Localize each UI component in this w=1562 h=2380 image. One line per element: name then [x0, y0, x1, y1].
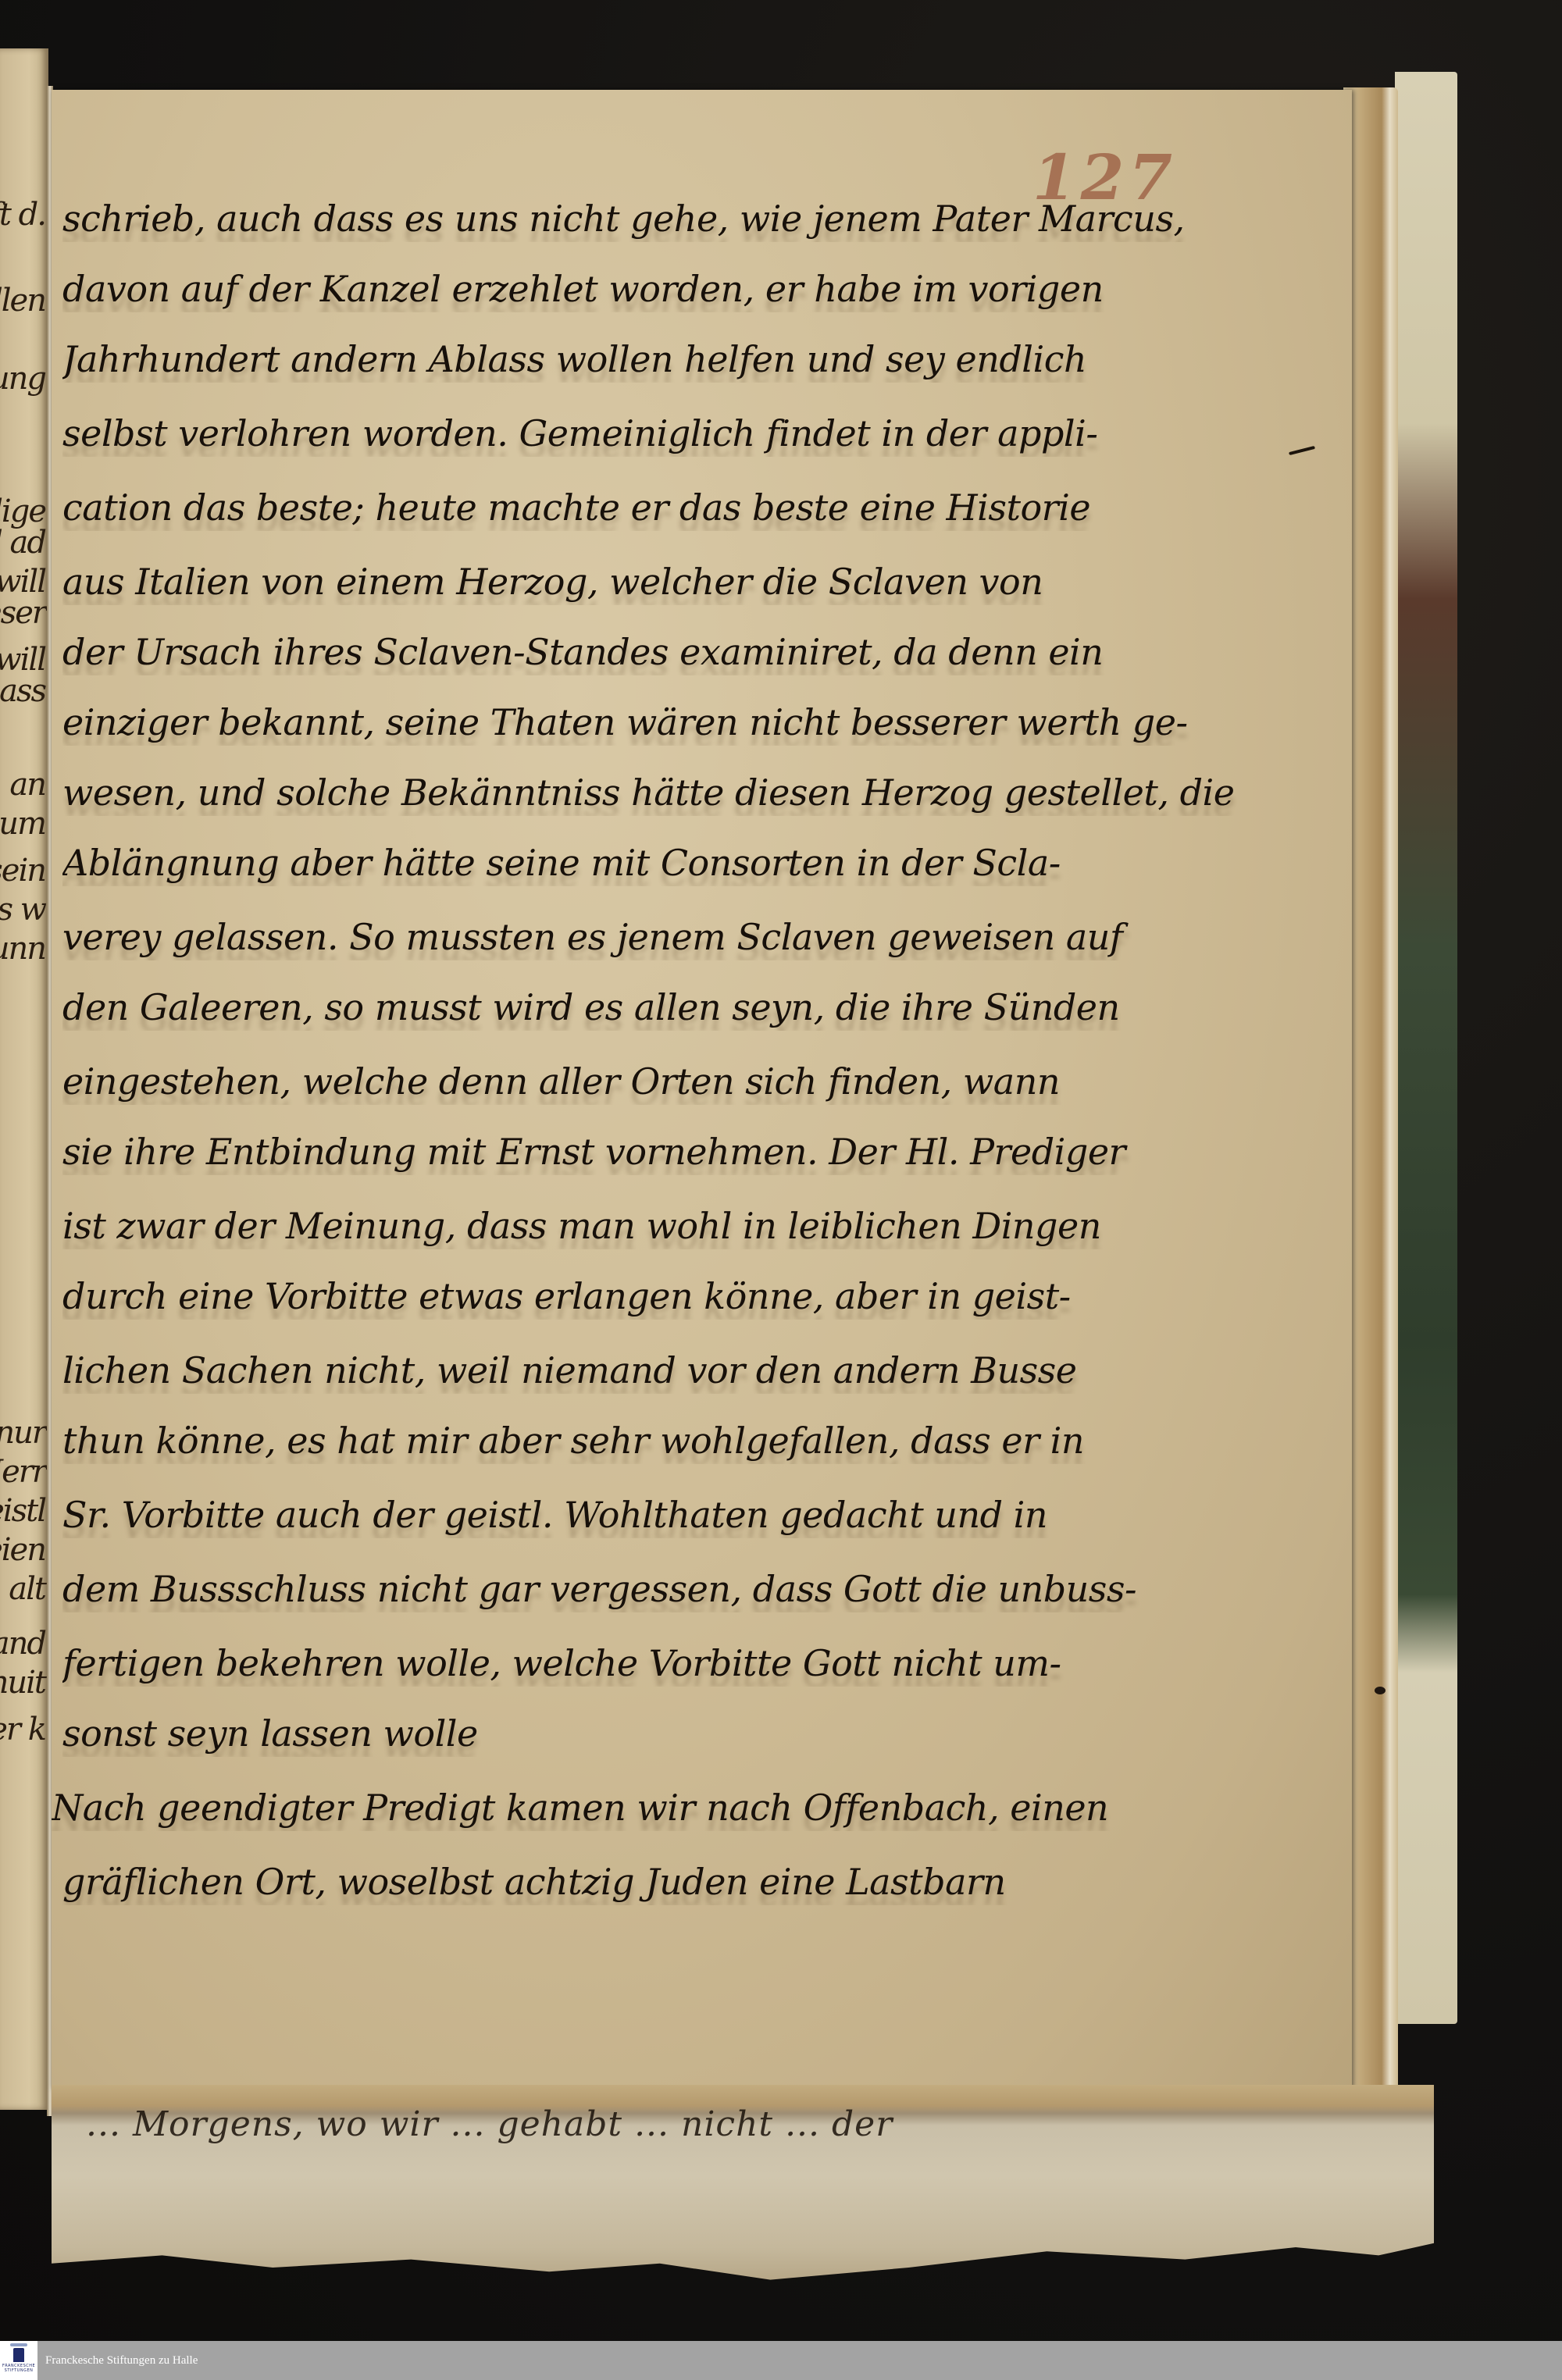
manuscript-line: Ablängnung aber hätte seine mit Consorte… [62, 839, 1296, 886]
left-page-fragment: h alt [0, 1571, 45, 1607]
manuscript-line: schrieb, auch dass es uns nicht gehe, wi… [62, 195, 1296, 242]
logo-text-line2: STIFTUNGEN [5, 2368, 34, 2373]
left-page-fragment: dunn [0, 931, 45, 967]
ink-blot [1375, 1687, 1385, 1694]
manuscript-line: selbst verlohren worden. Gemeiniglich fi… [62, 410, 1296, 457]
left-page-fragment: dieser [0, 595, 45, 631]
left-page-fragment: aum [0, 806, 45, 842]
manuscript-line: ist zwar der Meinung, dass man wohl in l… [62, 1202, 1296, 1249]
left-page-fragment: Hand [0, 1626, 45, 1662]
manuscript-line: wesen, und solche Bekänntniss hätte dies… [62, 769, 1296, 816]
institution-logo: FRANCKESCHE STIFTUNGEN [0, 2341, 37, 2380]
left-page-fragment: Ihr sein [0, 853, 45, 889]
manuscript-line: einziger bekannt, seine Thaten wären nic… [62, 699, 1296, 746]
manuscript-line: lichen Sachen nicht, weil niemand vor de… [62, 1347, 1296, 1394]
left-page-fragment: Herr [0, 1454, 45, 1490]
left-page-fragment: allen [0, 283, 45, 319]
book-cover-edge [1395, 72, 1457, 2024]
left-page-fragment: , dass [0, 673, 45, 709]
left-page-fragment: nur [0, 1415, 45, 1451]
left-page-fragment: z jung [0, 361, 45, 397]
left-page-fragment: nuit [0, 1665, 45, 1701]
manuscript-line: Jahrhundert andern Ablass wollen helfen … [62, 336, 1296, 383]
manuscript-line: sie ihre Entbindung mit Ernst vornehmen.… [62, 1128, 1296, 1175]
facing-page-left: fft d. allen z jung nalige Stol ad l wil… [0, 48, 48, 2110]
bottom-strip-text: ... Morgens, wo wir ... gehabt ... nicht… [86, 2104, 893, 2144]
manuscript-line: eingestehen, welche denn aller Orten sic… [62, 1058, 1296, 1105]
footer-bar: FRANCKESCHE STIFTUNGEN Franckesche Stift… [0, 2341, 1562, 2380]
left-page-fragment: Freien [0, 1532, 45, 1568]
manuscript-line: der Ursach ihres Sclaven-Standes examini… [62, 629, 1296, 675]
left-page-fragment: geistl [0, 1493, 45, 1529]
statue-logo-icon [13, 2348, 24, 2362]
manuscript-line: dem Bussschluss nicht gar vergessen, das… [62, 1566, 1296, 1612]
manuscript-line: den Galeeren, so musst wird es allen sey… [62, 984, 1296, 1031]
institution-name: Franckesche Stiftungen zu Halle [45, 2354, 198, 2368]
manuscript-line: Nach geendigter Predigt kamen wir nach O… [52, 1784, 1286, 1831]
left-page-fragment: ch an [0, 767, 45, 803]
manuscript-line: fertigen bekehren wolle, welche Vorbitte… [62, 1640, 1296, 1687]
manuscript-line: cation das beste; heute machte er das be… [62, 484, 1296, 531]
manuscript-line: durch eine Vorbitte etwas erlangen könne… [62, 1273, 1296, 1320]
manuscript-line: thun könne, es hat mir aber sehr wohlgef… [62, 1417, 1296, 1464]
manuscript-line: Sr. Vorbitte auch der geistl. Wohlthaten… [62, 1491, 1296, 1538]
manuscript-line: davon auf der Kanzel erzehlet worden, er… [62, 265, 1296, 312]
manuscript-line: gräflichen Ort, woselbst achtzig Juden e… [62, 1858, 1296, 1905]
left-page-fragment: Stol ad [0, 525, 45, 561]
manuscript-line: verey gelassen. So mussten es jenem Scla… [62, 914, 1296, 960]
manuscript-line: sonst seyn lassen wolle [62, 1710, 1296, 1757]
left-page-fragment: fer k [0, 1712, 45, 1748]
left-page-fragment: dass w [0, 892, 45, 928]
manuscript-line: aus Italien von einem Herzog, welcher di… [62, 558, 1296, 605]
left-page-fragment: fft d. [0, 197, 45, 233]
